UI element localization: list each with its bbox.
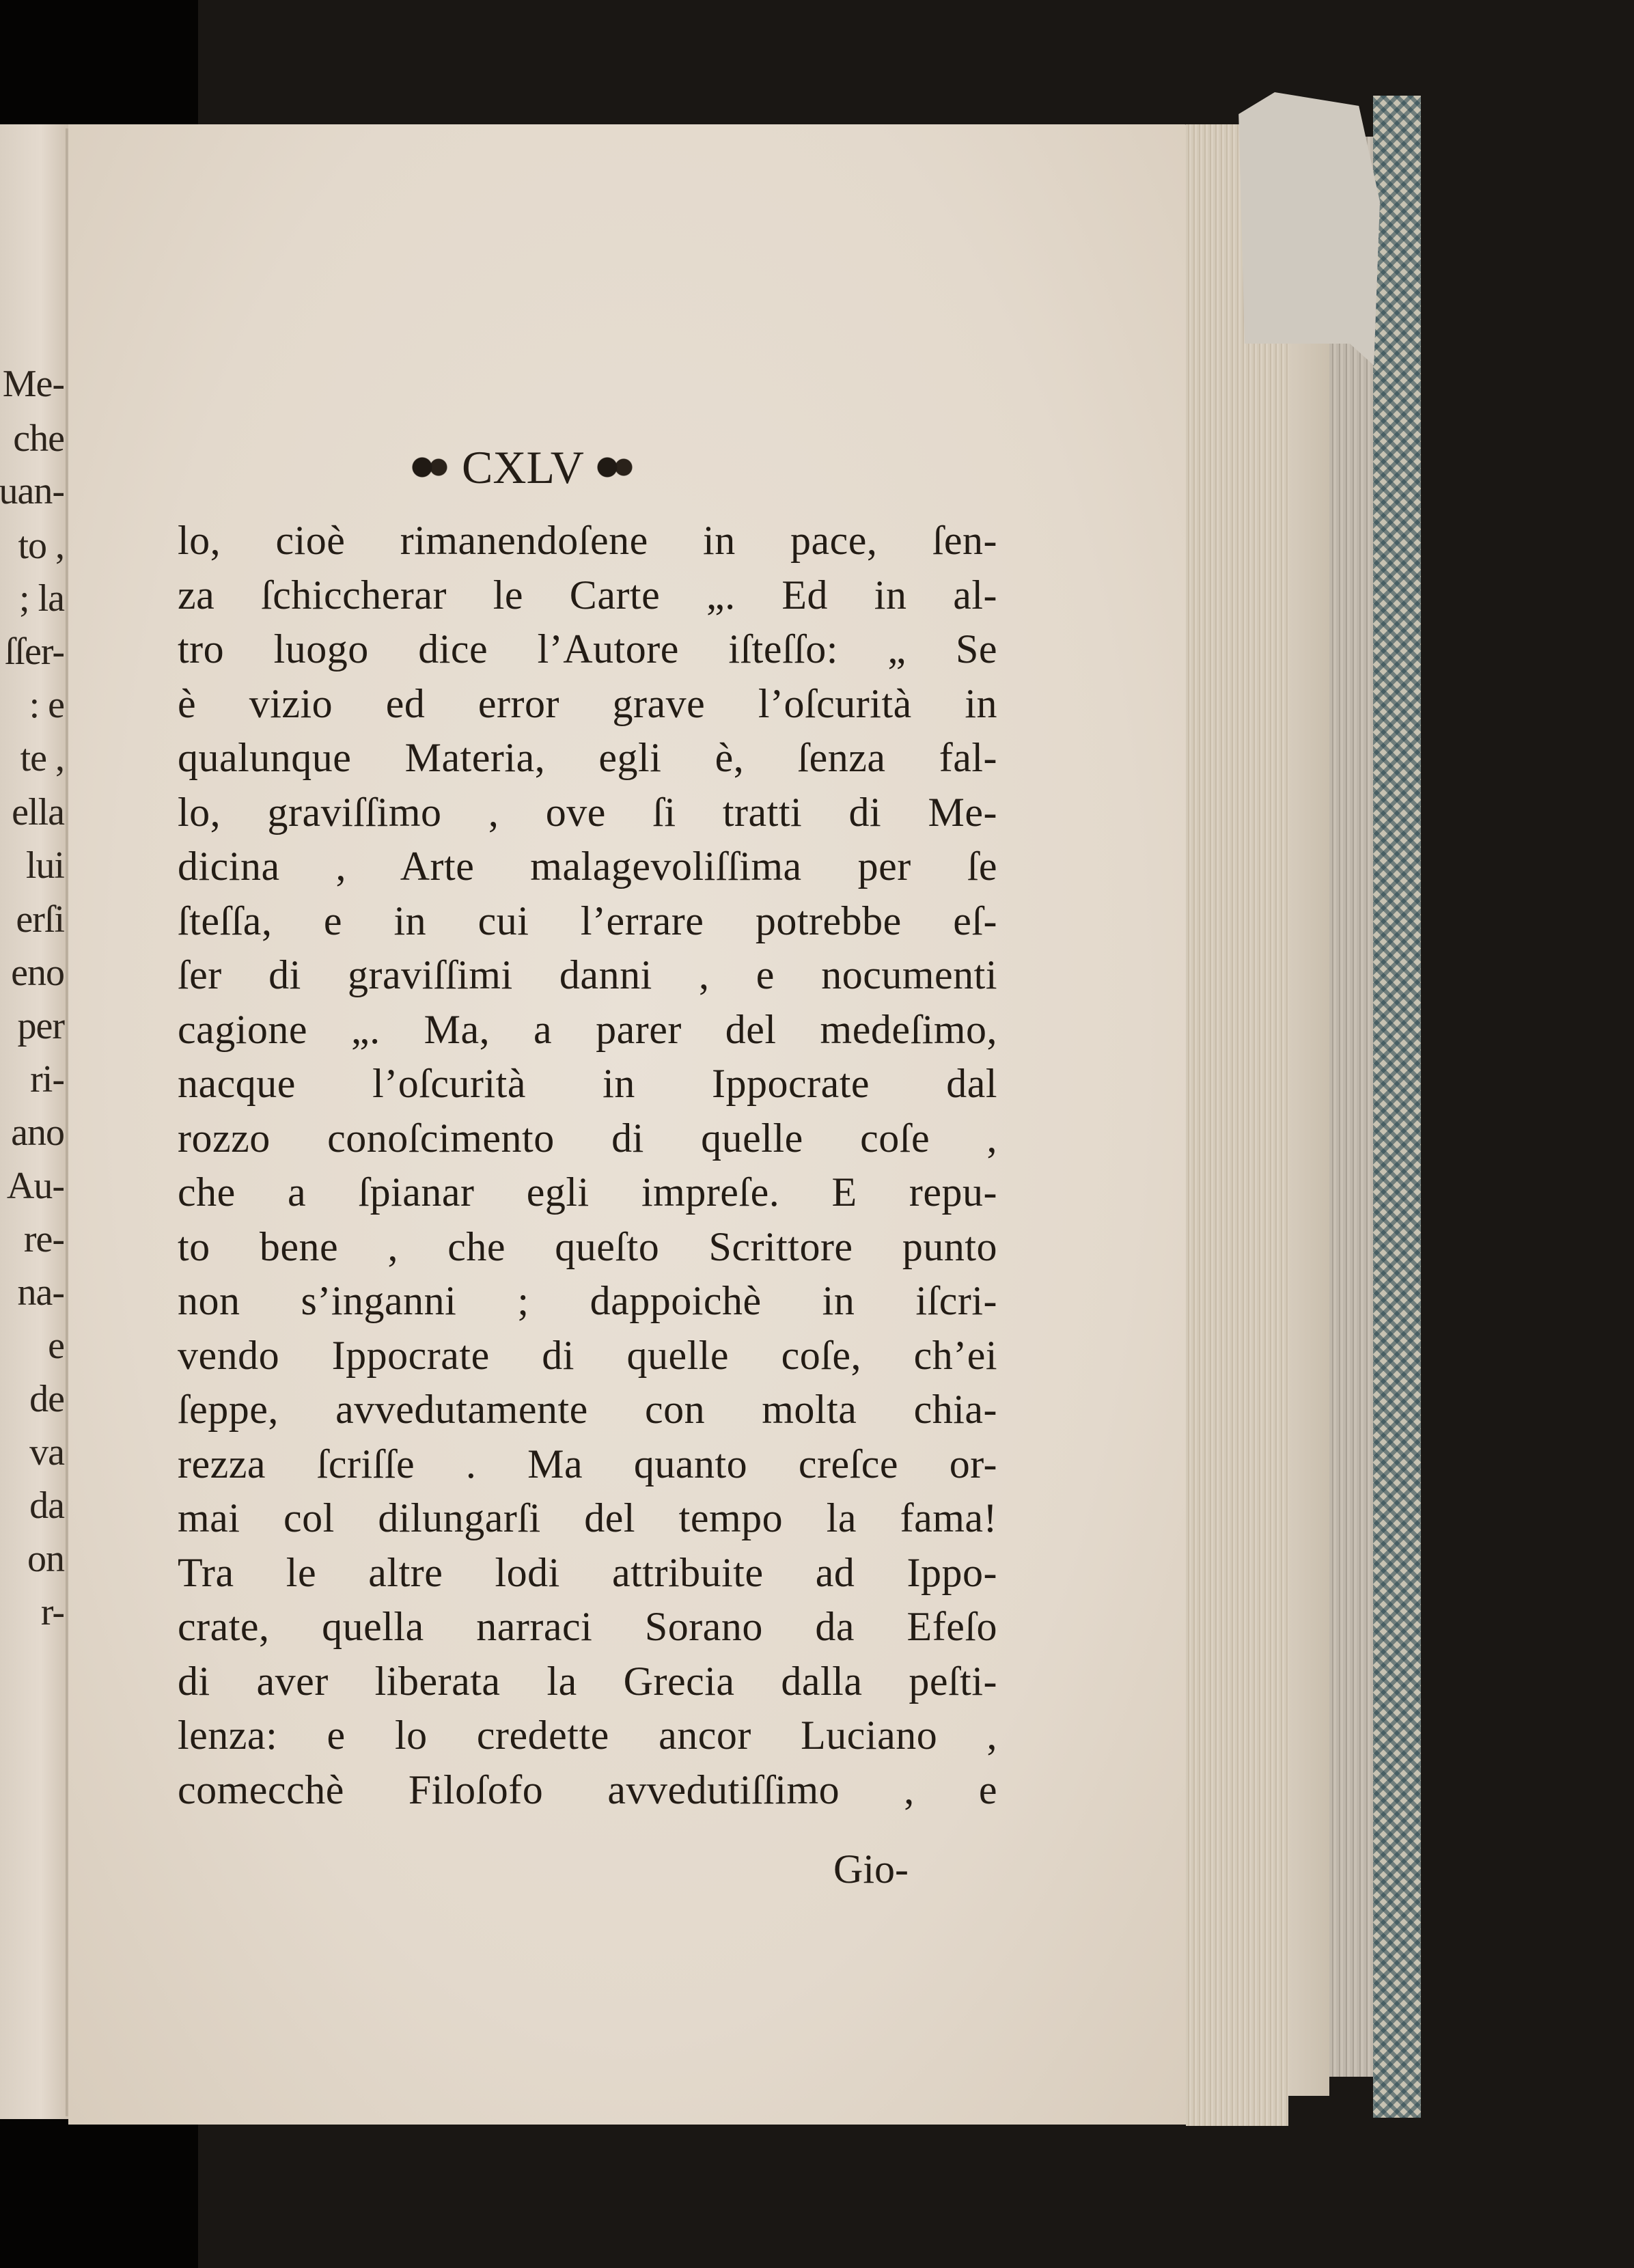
text-line: rezza ſcriſſe . Ma quanto creſce or-: [178, 1437, 997, 1492]
text-line: to bene , che queſto Scrittore punto: [178, 1220, 997, 1275]
left-fragment: per: [17, 1004, 64, 1048]
left-fragment: ſſer-: [5, 630, 64, 674]
marbled-cover-edge: [1373, 96, 1421, 2118]
left-fragment: Me-: [3, 362, 64, 406]
text-line: ſeppe, avvedutamente con molta chia-: [178, 1383, 997, 1437]
catchword: Gio-: [833, 1846, 909, 1893]
text-line: lo, graviſſimo , ove ſi tratti di Me-: [178, 786, 997, 840]
text-line: crate, quella narraci Sorano da Efeſo: [178, 1600, 997, 1655]
text-line: tro luogo dice l’Autore iſteſſo: „ Se: [178, 622, 997, 677]
left-fragment: ri-: [30, 1057, 64, 1101]
text-line: dicina , Arte malagevoliſſima per ſe: [178, 840, 997, 894]
fleuron-ornament-icon: [595, 455, 636, 480]
page-header: CXLV: [410, 440, 751, 495]
page-edges: [1186, 124, 1288, 2126]
page-edges-inner: [1288, 135, 1329, 2096]
left-fragment: da: [29, 1484, 64, 1527]
left-fragment: va: [29, 1430, 64, 1474]
torn-flyleaf: [1230, 92, 1380, 365]
left-fragment: Au-: [7, 1164, 64, 1208]
text-line: è vizio ed error grave l’oſcurità in: [178, 677, 997, 732]
left-fragment: ano: [11, 1111, 64, 1154]
text-line: mai col dilungarſi del tempo la fama!: [178, 1491, 997, 1546]
text-line: qualunque Materia, egli è, ſenza fal-: [178, 731, 997, 786]
text-line: vendo Ippocrate di quelle coſe, ch’ei: [178, 1329, 997, 1383]
left-fragment: ; la: [19, 577, 64, 620]
left-fragment: de: [29, 1377, 64, 1421]
left-fragment: eno: [11, 951, 64, 995]
left-fragment: che: [13, 417, 64, 460]
text-line: ſer di graviſſimi danni , e nocumenti: [178, 948, 997, 1003]
right-page: CXLV lo, cioè rimanendoſene in pace, ſen…: [68, 124, 1189, 2125]
text-line: lo, cioè rimanendoſene in pace, ſen-: [178, 514, 997, 568]
left-fragment: r-: [41, 1590, 64, 1634]
left-fragment: ella: [12, 790, 64, 834]
text-line: di aver liberata la Grecia dalla peſti-: [178, 1655, 997, 1709]
left-fragment: : e: [29, 683, 64, 727]
text-line: nacque l’oſcurità in Ippocrate dal: [178, 1057, 997, 1111]
left-fragment: na-: [17, 1271, 64, 1314]
text-line: non s’inganni ; dappoichè in iſcri-: [178, 1274, 997, 1329]
text-line: rozzo conoſcimento di quelle coſe ,: [178, 1111, 997, 1166]
text-line: lenza: e lo credette ancor Luciano ,: [178, 1709, 997, 1763]
fleuron-ornament-icon: [410, 455, 451, 480]
page-number: CXLV: [462, 441, 584, 495]
text-line: comecchè Filoſofo avvedutiſſimo , e: [178, 1763, 997, 1818]
left-page-sliver: Me- che uan- to , ; la ſſer- : e te , el…: [0, 124, 68, 2119]
text-line: che a ſpianar egli impreſe. E repu-: [178, 1165, 997, 1220]
left-fragment: te ,: [20, 736, 64, 780]
text-line: cagione „. Ma, a parer del medeſimo,: [178, 1003, 997, 1057]
text-line: ſteſſa, e in cui l’errare potrebbe eſ-: [178, 894, 997, 949]
left-fragment: uan-: [0, 469, 64, 513]
left-fragment: erſi: [16, 898, 64, 941]
left-fragment: lui: [26, 844, 64, 887]
left-fragment: e: [48, 1324, 64, 1368]
page-text-body: lo, cioè rimanendoſene in pace, ſen- za …: [178, 514, 997, 1817]
text-line: za ſchiccherar le Carte „. Ed in al-: [178, 568, 997, 623]
left-fragment: re-: [24, 1217, 64, 1261]
left-fragment: to ,: [18, 524, 64, 568]
text-line: Tra le altre lodi attribuite ad Ippo-: [178, 1546, 997, 1601]
left-fragment: on: [27, 1537, 64, 1581]
